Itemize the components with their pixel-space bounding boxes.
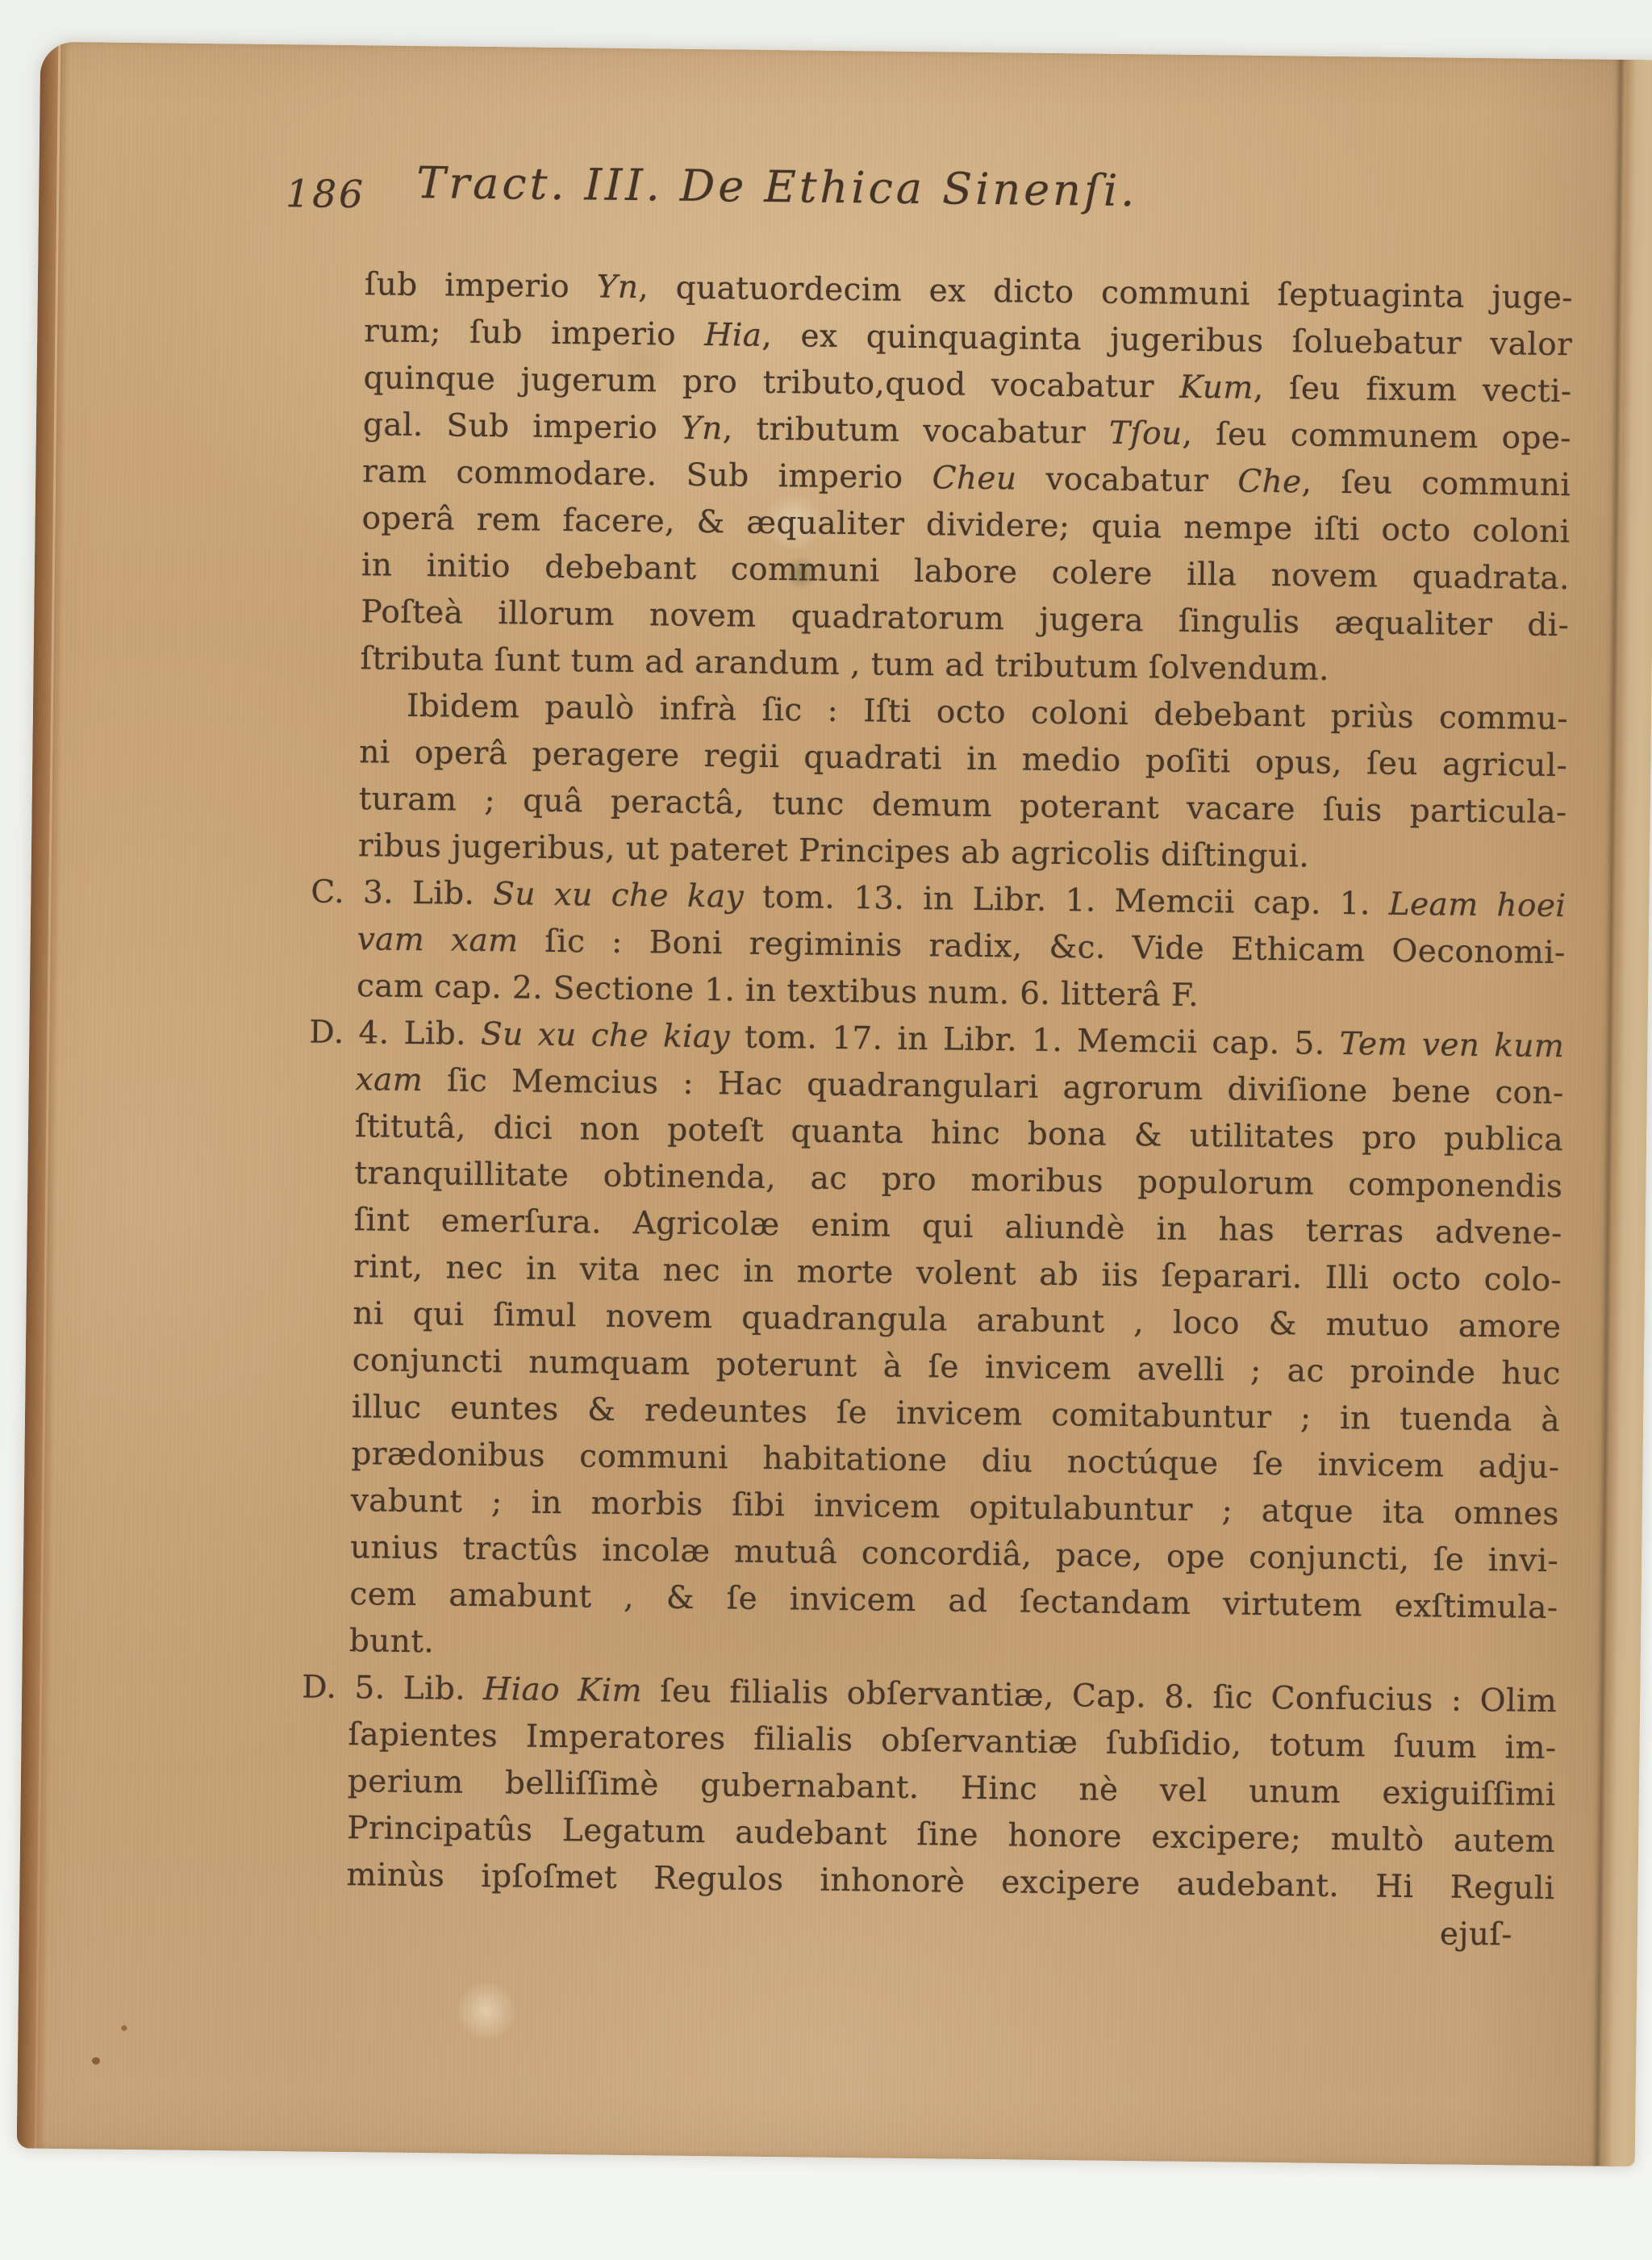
- italic-term: Cheu: [932, 460, 1016, 497]
- text-segment: rum; ſub imperio: [364, 313, 705, 353]
- text-segment: Poſteà illorum novem quadratorum jugera …: [361, 594, 1569, 644]
- text-segment: turam ; quâ peractâ, tunc demum poterant…: [358, 781, 1566, 831]
- text-segment: Principatûs Legatum audebant ſine honore…: [347, 1810, 1555, 1860]
- text-segment: C. 3. Lib.: [311, 874, 493, 913]
- text-segment: , quatuordecim ex dicto communi ſeptuagi…: [638, 269, 1573, 316]
- text-segment: ſeu filialis obſervantiæ, Cap. 8. ſic Co…: [642, 1673, 1558, 1720]
- text-segment: operâ rem facere, & æqualiter dividere; …: [361, 500, 1570, 550]
- italic-term: vam xam: [357, 921, 518, 959]
- text-segment: ſtributa ſunt tum ad arandum , tum ad tr…: [360, 640, 1329, 688]
- text-segment: tom. 13. in Libr. 1. Memcii cap. 1.: [744, 879, 1389, 923]
- text-segment: , tributum vocabatur: [723, 411, 1110, 451]
- text-segment: Ibidem paulò infrà ſic : Iſti octo colon…: [407, 688, 1568, 737]
- text-segment: ram commodare. Sub imperio: [362, 453, 932, 496]
- text-segment: ni operâ peragere regii quadrati in medi…: [359, 734, 1567, 784]
- text-segment: D. 5. Lib.: [302, 1669, 484, 1708]
- stain: [121, 2025, 127, 2031]
- text-segment: cam cap. 2. Sectione 1. in textibus num.…: [357, 968, 1199, 1014]
- text-segment: prædonibus communi habitatione diu noctú…: [351, 1436, 1559, 1486]
- text-segment: minùs ipſoſmet Regulos inhonorè excipere…: [346, 1857, 1554, 1907]
- scanned-page-photo: 186 Tract. III. De Ethica Sinenſi. ſub i…: [0, 0, 1652, 2260]
- page-number: 186: [286, 172, 365, 217]
- text-segment: rint, nec in vita nec in morte volent ab…: [353, 1249, 1562, 1299]
- italic-term: Tem ven kum: [1339, 1026, 1564, 1065]
- italic-term: Hiao Kim: [483, 1671, 642, 1709]
- text-segment: illuc euntes & redeuntes ſe invicem comi…: [352, 1389, 1560, 1439]
- italic-term: Che: [1237, 464, 1302, 501]
- text-segment: D. 4. Lib.: [309, 1015, 481, 1053]
- text-segment: , ſeu fixum vecti-: [1254, 370, 1572, 410]
- text-segment: tom. 17. in Libr. 1. Memcii cap. 5.: [730, 1019, 1340, 1062]
- text-segment: unius tractûs incolæ mutuâ concordiâ, pa…: [350, 1529, 1558, 1579]
- text-segment: ſic Memcius : Hac quadrangulari agrorum …: [423, 1062, 1564, 1111]
- text-segment: , ſeu communi: [1301, 464, 1571, 503]
- text-block: ſub imperio Yn, quatuordecim ex dicto co…: [346, 261, 1574, 1959]
- text-segment: conjuncti numquam poterunt à ſe invicem …: [353, 1342, 1561, 1392]
- text-segment: gal. Sub imperio: [363, 407, 682, 446]
- running-title: Tract. III. De Ethica Sinenſi.: [416, 157, 1138, 216]
- stain: [453, 1983, 519, 2040]
- italic-term: Hia: [704, 317, 761, 354]
- text-segment: ſic : Boni regiminis radix, &c. Vide Eth…: [518, 923, 1566, 971]
- text-segment: , ſeu communem ope-: [1182, 416, 1571, 457]
- text-segment: ni qui ſimul novem quadrangula arabunt ,…: [353, 1295, 1561, 1345]
- text-segment: perium belliſſimè gubernabant. Hinc nè v…: [348, 1763, 1556, 1813]
- text-segment: , ex quinquaginta jugeribus ſoluebatur v…: [761, 318, 1572, 363]
- italic-term: Yn: [596, 269, 638, 306]
- italic-term: Yn: [681, 411, 723, 448]
- text-segment: ribus jugeribus, ut pateret Principes ab…: [358, 828, 1310, 874]
- text-segment: ſapientes Imperatores filialis obſervant…: [348, 1716, 1556, 1766]
- text-segment: ſint emerſura. Agricolæ enim qui aliundè…: [354, 1202, 1562, 1252]
- italic-term: Kum: [1179, 369, 1254, 407]
- text-segment: ejuſ-: [1440, 1916, 1512, 1953]
- text-segment: cem amabunt , & ſe invicem ad ſectandam …: [349, 1576, 1558, 1626]
- text-segment: vocabatur: [1016, 461, 1238, 499]
- text-segment: ſub imperio: [365, 266, 597, 305]
- italic-term: Su xu che kay: [493, 876, 744, 915]
- text-segment: vabunt ; in morbis ſibi invicem opitulab…: [351, 1482, 1559, 1532]
- stain: [92, 2058, 100, 2065]
- text-segment: ſtitutâ, dici non poteſt quanta hinc bon…: [355, 1108, 1563, 1158]
- text-segment: in initio debebant communi labore colere…: [361, 547, 1570, 597]
- italic-term: xam: [356, 1061, 423, 1099]
- italic-term: Leam hoei: [1389, 886, 1566, 924]
- text-segment: bunt.: [349, 1623, 435, 1660]
- book-fore-edge: [17, 42, 70, 2149]
- italic-term: Tſou: [1109, 415, 1183, 452]
- book-page: 186 Tract. III. De Ethica Sinenſi. ſub i…: [17, 42, 1652, 2167]
- text-segment: tranquillitate obtinenda, ac pro moribus…: [354, 1155, 1562, 1205]
- text-segment: quinque jugerum pro tributo,quod vocabat…: [363, 360, 1179, 405]
- italic-term: Su xu che kiay: [481, 1016, 730, 1056]
